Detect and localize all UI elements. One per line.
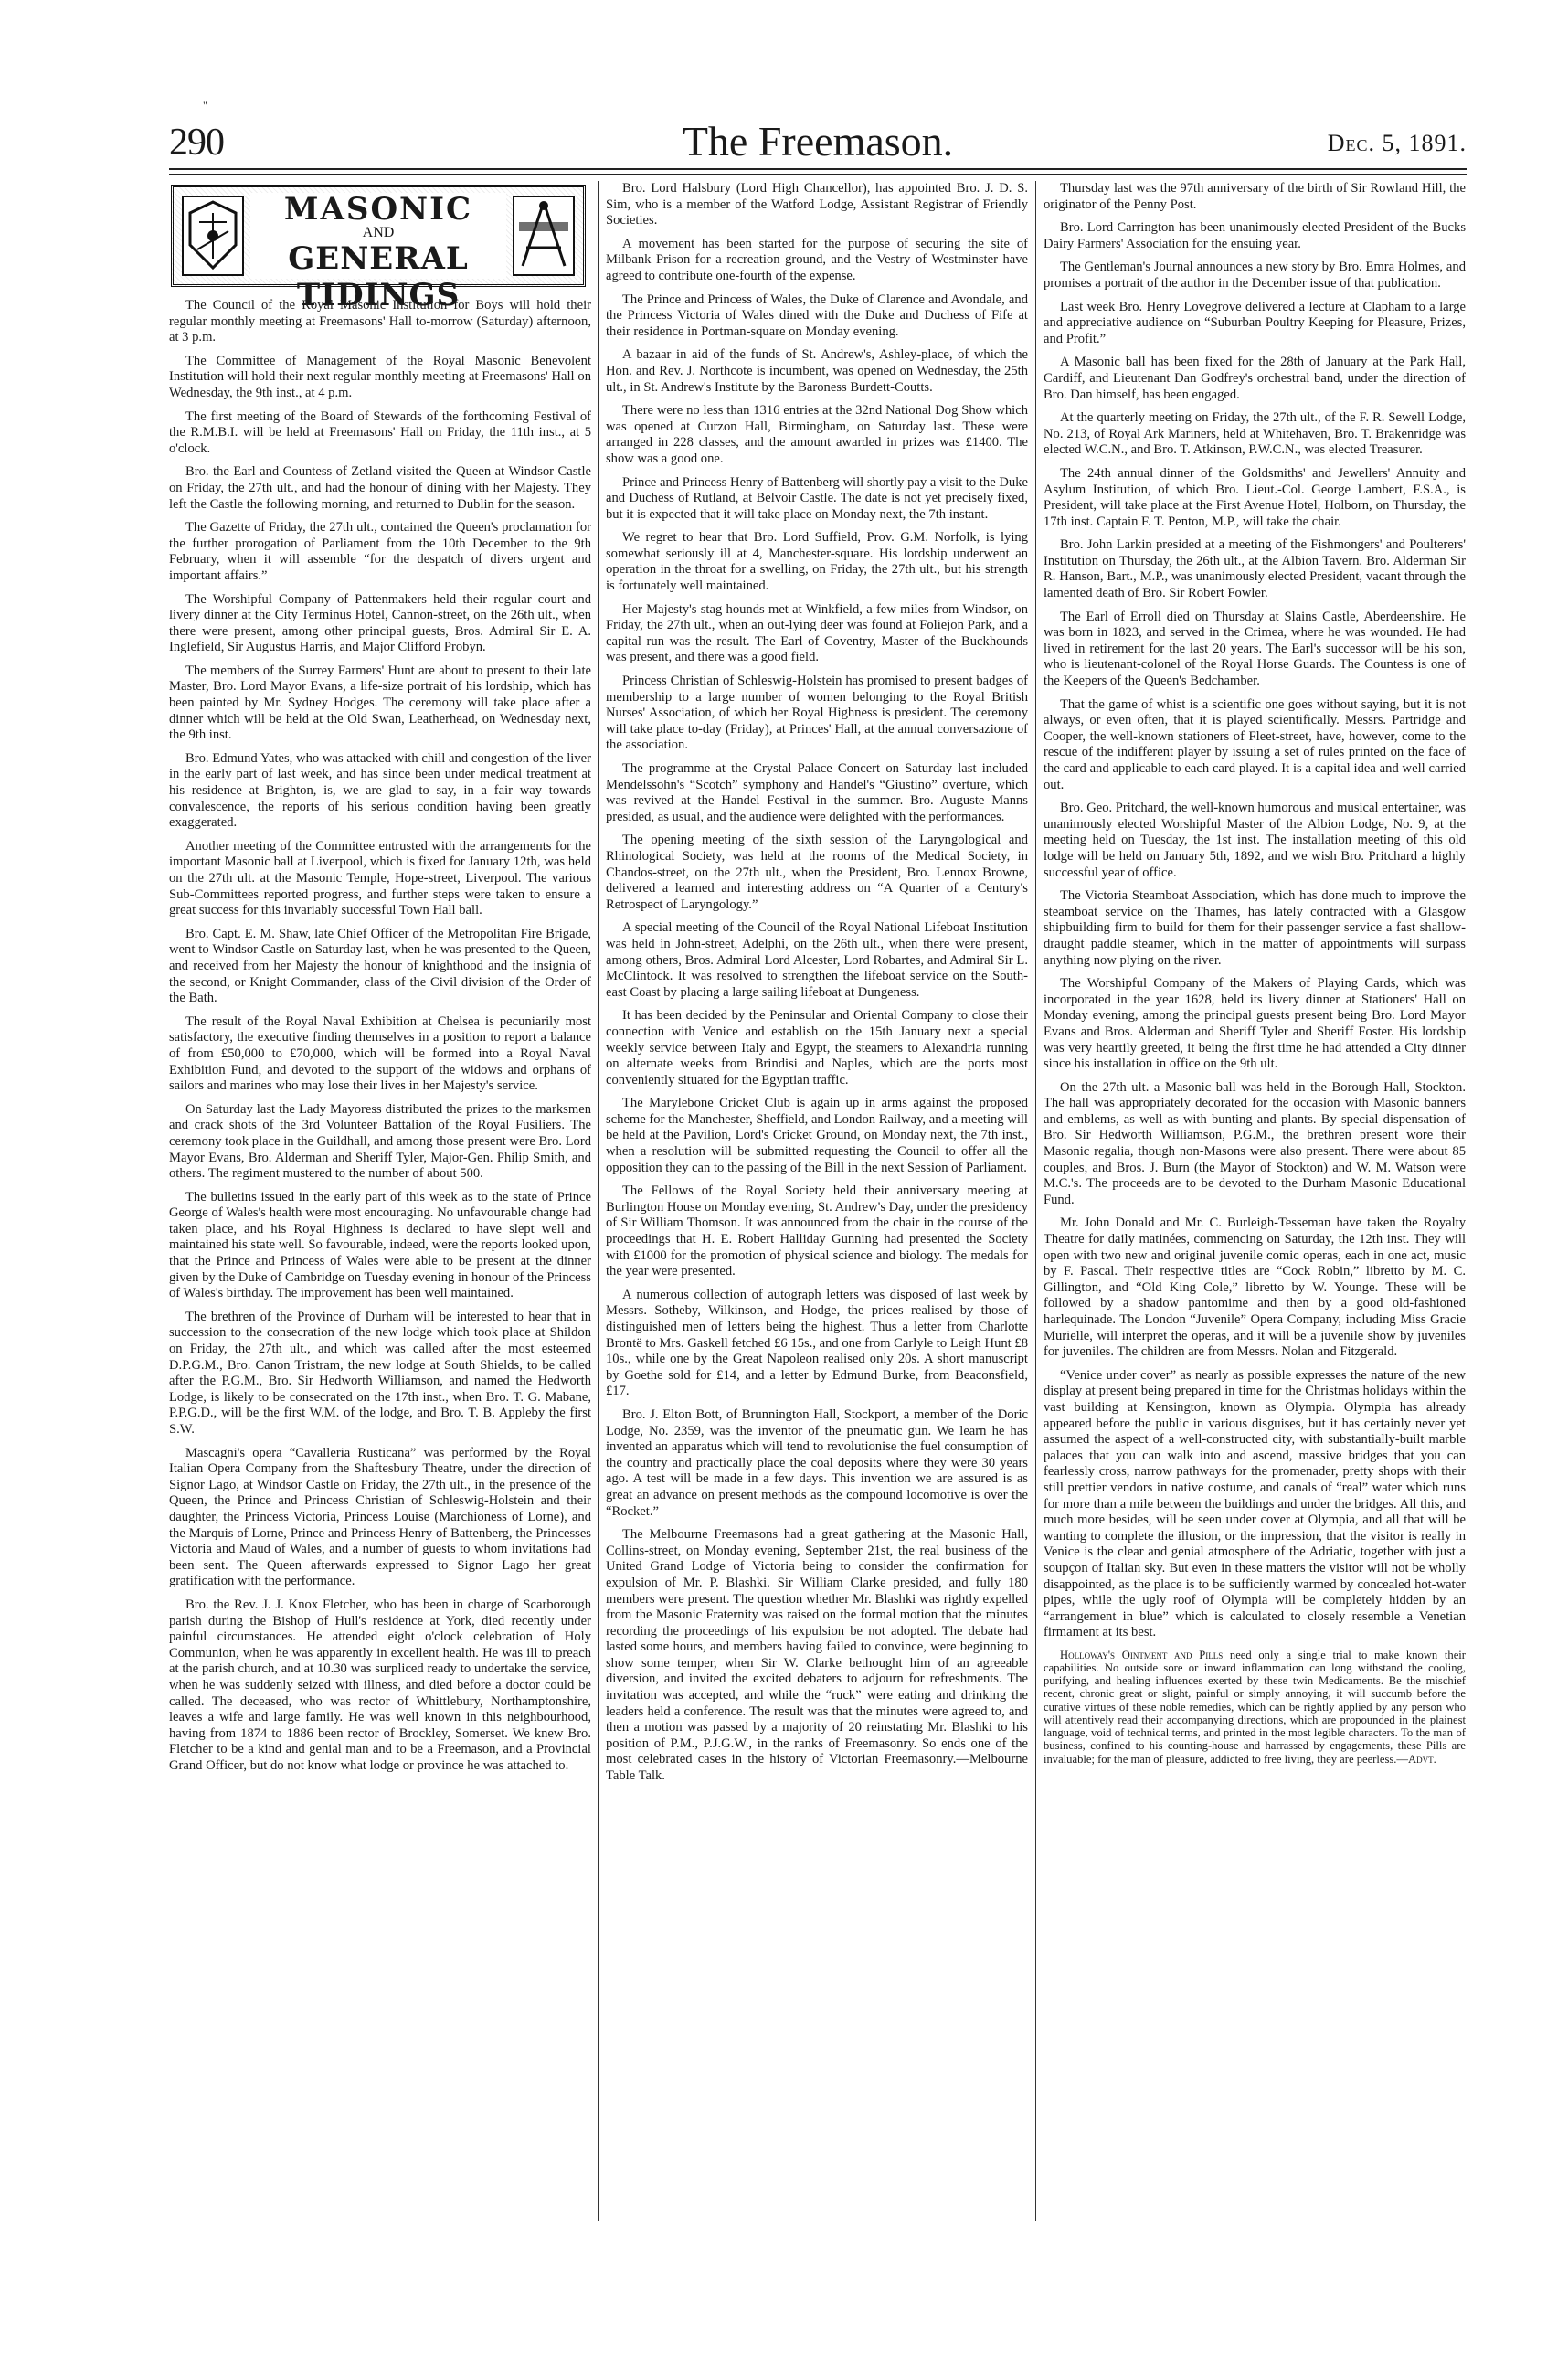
column-3: Thursday last was the 97th anniversary o… <box>1044 181 1466 1773</box>
article-paragraph: Bro. Lord Carrington has been unanimousl… <box>1044 220 1466 252</box>
masthead-rule-bottom <box>169 174 1467 175</box>
article-paragraph: The opening meeting of the sixth session… <box>606 833 1028 913</box>
column-divider-1 <box>598 181 599 2221</box>
article-paragraph: The members of the Surrey Farmers' Hunt … <box>169 663 591 744</box>
article-paragraph: It has been decided by the Peninsular an… <box>606 1008 1028 1088</box>
advert-body: need only a single trial to make known t… <box>1044 1649 1466 1766</box>
publication-title: The Freemason. <box>169 117 1467 165</box>
stray-scan-mark: " <box>203 99 207 112</box>
article-paragraph: The Earl of Erroll died on Thursday at S… <box>1044 610 1466 690</box>
column-1: MASONIC AND GENERAL TIDINGS The Council … <box>169 181 591 1781</box>
article-paragraph: The bulletins issued in the early part o… <box>169 1190 591 1302</box>
article-paragraph: Princess Christian of Schleswig-Holstein… <box>606 674 1028 754</box>
article-paragraph: “Venice under cover” as nearly as possib… <box>1044 1368 1466 1641</box>
banner-text: MASONIC AND GENERAL TIDINGS <box>250 193 506 279</box>
masonic-emblem-ornament-icon <box>181 195 245 277</box>
article-paragraph: The Victoria Steamboat Association, whic… <box>1044 888 1466 969</box>
article-paragraph: A numerous collection of autograph lette… <box>606 1288 1028 1400</box>
article-paragraph: Prince and Princess Henry of Battenberg … <box>606 475 1028 524</box>
article-paragraph: Bro. Lord Halsbury (Lord High Chancellor… <box>606 181 1028 229</box>
article-paragraph: There were no less than 1316 entries at … <box>606 403 1028 467</box>
article-paragraph: At the quarterly meeting on Friday, the … <box>1044 410 1466 459</box>
masonic-general-tidings-banner: MASONIC AND GENERAL TIDINGS <box>171 185 586 287</box>
article-paragraph: Bro. Edmund Yates, who was attacked with… <box>169 751 591 832</box>
article-paragraph: The Marylebone Cricket Club is again up … <box>606 1096 1028 1176</box>
banner-line-masonic: MASONIC <box>250 193 506 226</box>
article-paragraph: The Melbourne Freemasons had a great gat… <box>606 1527 1028 1785</box>
article-paragraph: Her Majesty's stag hounds met at Winkfie… <box>606 602 1028 666</box>
article-paragraph: The Prince and Princess of Wales, the Du… <box>606 292 1028 341</box>
article-paragraph: Bro. the Earl and Countess of Zetland vi… <box>169 464 591 513</box>
article-paragraph: The programme at the Crystal Palace Conc… <box>606 761 1028 825</box>
masonic-compass-ornament-icon <box>512 195 576 277</box>
article-paragraph: The Fellows of the Royal Society held th… <box>606 1183 1028 1280</box>
article-paragraph: The Worshipful Company of the Makers of … <box>1044 976 1466 1073</box>
advert-tag: Advt. <box>1408 1753 1436 1766</box>
article-paragraph: Last week Bro. Henry Lovegrove delivered… <box>1044 300 1466 348</box>
article-paragraph: Another meeting of the Committee entrust… <box>169 839 591 919</box>
article-paragraph: The result of the Royal Naval Exhibition… <box>169 1014 591 1095</box>
article-paragraph: Bro. J. Elton Bott, of Brunnington Hall,… <box>606 1407 1028 1520</box>
banner-line-general-tidings: GENERAL TIDINGS <box>250 240 506 313</box>
article-paragraph: A movement has been started for the purp… <box>606 237 1028 285</box>
article-paragraph: The brethren of the Province of Durham w… <box>169 1310 591 1438</box>
advert-lead: Holloway's Ointment and Pills <box>1060 1649 1223 1661</box>
article-paragraph: Bro. Geo. Pritchard, the well-known humo… <box>1044 801 1466 881</box>
holloway-advertisement: Holloway's Ointment and Pills need only … <box>1044 1649 1466 1766</box>
masthead: 290 The Freemason. Dec. 5, 1891. <box>169 117 1467 163</box>
article-paragraph: We regret to hear that Bro. Lord Suffiel… <box>606 530 1028 594</box>
article-paragraph: The Committee of Management of the Royal… <box>169 354 591 402</box>
article-paragraph: On Saturday last the Lady Mayoress distr… <box>169 1102 591 1183</box>
article-paragraph: Mascagni's opera “Cavalleria Rusticana” … <box>169 1446 591 1590</box>
column-2: Bro. Lord Halsbury (Lord High Chancellor… <box>606 181 1028 1792</box>
article-paragraph: Thursday last was the 97th anniversary o… <box>1044 181 1466 213</box>
masthead-rule-top <box>169 168 1467 170</box>
article-paragraph: That the game of whist is a scientific o… <box>1044 697 1466 794</box>
article-paragraph: The Worshipful Company of Pattenmakers h… <box>169 592 591 656</box>
article-paragraph: A Masonic ball has been fixed for the 28… <box>1044 355 1466 403</box>
article-paragraph: The first meeting of the Board of Stewar… <box>169 409 591 458</box>
article-paragraph: The Gentleman's Journal announces a new … <box>1044 260 1466 292</box>
article-paragraph: A bazaar in aid of the funds of St. Andr… <box>606 347 1028 396</box>
article-paragraph: On the 27th ult. a Masonic ball was held… <box>1044 1080 1466 1209</box>
article-paragraph: A special meeting of the Council of the … <box>606 920 1028 1001</box>
article-paragraph: The 24th annual dinner of the Goldsmiths… <box>1044 466 1466 530</box>
issue-date: Dec. 5, 1891. <box>1328 130 1467 157</box>
article-paragraph: Mr. John Donald and Mr. C. Burleigh-Tess… <box>1044 1215 1466 1360</box>
article-paragraph: The Gazette of Friday, the 27th ult., co… <box>169 520 591 584</box>
column-divider-2 <box>1035 181 1036 2221</box>
article-paragraph: Bro. John Larkin presided at a meeting o… <box>1044 537 1466 601</box>
article-paragraph: Bro. the Rev. J. J. Knox Fletcher, who h… <box>169 1597 591 1775</box>
article-paragraph: Bro. Capt. E. M. Shaw, late Chief Office… <box>169 927 591 1007</box>
banner-line-and: AND <box>250 226 506 240</box>
